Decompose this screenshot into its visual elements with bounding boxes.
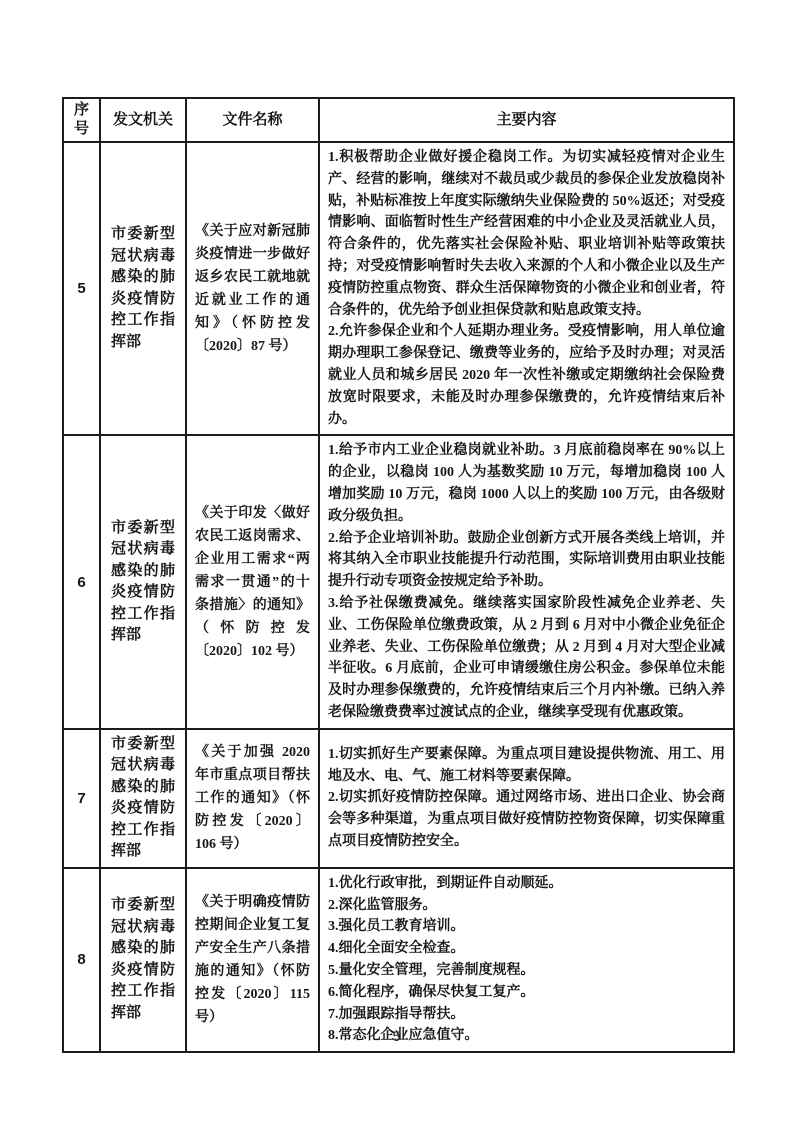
page-number: 5	[0, 1028, 793, 1044]
cell-issuing-agency: 市委新型冠状病毒感染的肺炎疫情防控工作指挥部	[100, 868, 186, 1052]
cell-main-content: 1.积极帮助企业做好援企稳岗工作。为切实减轻疫情对企业生产、经营的影响，继续对不…	[319, 142, 734, 435]
cell-serial-number: 8	[63, 868, 100, 1052]
cell-document-name: 《关于加强 2020 年市重点项目帮扶工作的通知》（怀防控发〔2020〕106 …	[186, 729, 319, 868]
cell-serial-number: 7	[63, 729, 100, 868]
cell-issuing-agency: 市委新型冠状病毒感染的肺炎疫情防控工作指挥部	[100, 435, 186, 728]
cell-serial-number: 5	[63, 142, 100, 435]
cell-serial-number: 6	[63, 435, 100, 728]
table-header-row: 序号 发文机关 文件名称 主要内容	[63, 98, 734, 142]
cell-main-content: 1.给予市内工业企业稳岗就业补助。3 月底前稳岗率在 90%以上的企业，以稳岗 …	[319, 435, 734, 728]
cell-document-name: 《关于明确疫情防控期间企业复工复产安全生产八条措施的通知》（怀防控发〔2020〕…	[186, 868, 319, 1052]
cell-main-content: 1.优化行政审批，到期证件自动顺延。 2.深化监管服务。 3.强化员工教育培训。…	[319, 868, 734, 1052]
header-serial-number: 序号	[63, 98, 100, 142]
header-issuing-agency: 发文机关	[100, 98, 186, 142]
table-row: 5 市委新型冠状病毒感染的肺炎疫情防控工作指挥部 《关于应对新冠肺炎疫情进一步做…	[63, 142, 734, 435]
table-row: 6 市委新型冠状病毒感染的肺炎疫情防控工作指挥部 《关于印发〈做好农民工返岗需求…	[63, 435, 734, 728]
cell-document-name: 《关于应对新冠肺炎疫情进一步做好返乡农民工就地就近就业工作的通知》（怀防控发〔2…	[186, 142, 319, 435]
header-document-name: 文件名称	[186, 98, 319, 142]
cell-document-name: 《关于印发〈做好农民工返岗需求、企业用工需求“两需求一贯通”的十条措施〉的通知》…	[186, 435, 319, 728]
cell-main-content: 1.切实抓好生产要素保障。为重点项目建设提供物流、用工、用地及水、电、气、施工材…	[319, 729, 734, 868]
cell-issuing-agency: 市委新型冠状病毒感染的肺炎疫情防控工作指挥部	[100, 729, 186, 868]
table-row: 8 市委新型冠状病毒感染的肺炎疫情防控工作指挥部 《关于明确疫情防控期间企业复工…	[63, 868, 734, 1052]
cell-issuing-agency: 市委新型冠状病毒感染的肺炎疫情防控工作指挥部	[100, 142, 186, 435]
document-page: 序号 发文机关 文件名称 主要内容 5 市委新型冠状病毒感染的肺炎疫情防控工作指…	[0, 0, 793, 1122]
table-row: 7 市委新型冠状病毒感染的肺炎疫情防控工作指挥部 《关于加强 2020 年市重点…	[63, 729, 734, 868]
policy-documents-table: 序号 发文机关 文件名称 主要内容 5 市委新型冠状病毒感染的肺炎疫情防控工作指…	[62, 97, 735, 1053]
header-main-content: 主要内容	[319, 98, 734, 142]
